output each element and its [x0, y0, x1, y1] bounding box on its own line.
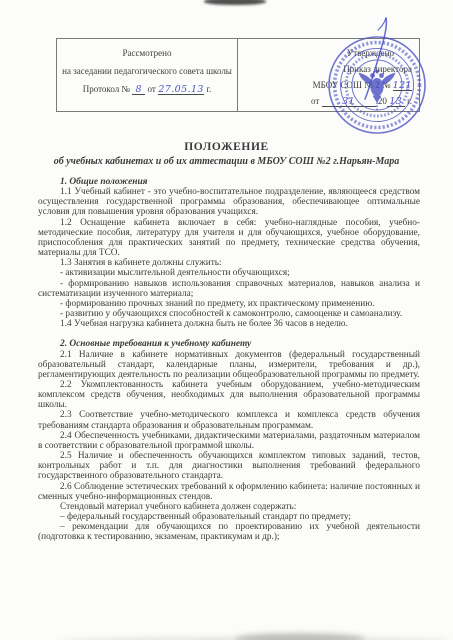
- paragraph: 1.2 Оснащение кабинета включает в себя: …: [38, 218, 420, 259]
- order-date-year-prefix: 20: [378, 96, 387, 106]
- order-line: Приказ директора: [244, 64, 412, 75]
- protocol-number-handwritten: 8: [136, 84, 142, 95]
- order-date-day-blank: 31: [322, 96, 376, 107]
- paragraph: 1.3 Занятия в кабинете должны служить:: [38, 258, 420, 268]
- order-number-blank: 121: [393, 80, 412, 91]
- scan-artifact-bottom: [235, 633, 365, 640]
- paragraph: 1.1 Учебный кабинет - это учебно-воспита…: [38, 187, 420, 217]
- section-general-provisions: 1. Общие положения 1.1 Учебный кабинет -…: [38, 177, 420, 329]
- reviewed-cell: Рассмотрено на заседании педагогического…: [57, 39, 238, 111]
- order-date-year-blank: 13: [387, 96, 405, 107]
- paragraph: 2.3 Соответствие учебно-методического ко…: [38, 410, 420, 430]
- paragraph: 2.4 Обеспеченность учебниками, дидактиче…: [38, 431, 420, 451]
- paragraph: 2.2 Укомплектованность кабинета учебным …: [38, 380, 420, 410]
- paragraph: 2.5 Наличие и обеспеченность обучающихся…: [38, 451, 420, 481]
- paragraph: 2.1 Наличие в кабинете нормативных докум…: [38, 350, 420, 380]
- list-item: - формированию прочных знаний по предмет…: [38, 299, 420, 309]
- order-number-handwritten: 121: [393, 80, 412, 91]
- order-date-day-handwritten: 31: [342, 96, 355, 107]
- protocol-date-handwritten: 27.05.13: [158, 84, 204, 95]
- school-order-line: МБОУ СОШ № 2 № 121: [244, 80, 412, 91]
- school-order-prefix: МБОУ СОШ № 2 №: [313, 80, 391, 90]
- reviewed-meeting-line: на заседании педагогического совета школ…: [57, 66, 237, 77]
- order-date-year-handwritten: 13: [389, 96, 402, 107]
- paragraph: 2.6 Соблюдение эстетических требований к…: [38, 482, 420, 502]
- protocol-number-blank: 8: [132, 84, 145, 95]
- order-date-suffix: г.: [407, 96, 412, 106]
- section-heading: 2. Основные требования к учебному кабине…: [38, 339, 420, 349]
- list-item: - формированию навыков использования спр…: [38, 279, 420, 299]
- scan-artifact-top: [204, 0, 266, 5]
- paragraph: 1.4 Учебная нагрузка кабинета должна быт…: [38, 319, 420, 329]
- list-item: - развитию у обучающихся способностей к …: [38, 309, 420, 319]
- protocol-suffix: г.: [206, 84, 211, 94]
- protocol-prefix: Протокол №: [83, 84, 130, 94]
- list-item: – рекомендации для обучающихся по проект…: [38, 522, 420, 542]
- order-date-line: от 31 2013 г.: [244, 96, 412, 107]
- protocol-mid: от: [148, 84, 156, 94]
- paragraph: Стендовый материал учебного кабинета дол…: [38, 502, 420, 512]
- order-date-prefix: от: [311, 96, 319, 106]
- reviewed-label: Рассмотрено: [57, 48, 237, 59]
- list-item: - активизации мыслительной деятельности …: [38, 268, 420, 278]
- approved-label-line: Утверждено: [244, 48, 412, 59]
- approved-cell: Утверждено Приказ директора МБОУ СОШ № 2…: [238, 39, 419, 111]
- title-block: ПОЛОЖЕНИЕ об учебных кабинетах и об их а…: [0, 141, 453, 167]
- page-subtitle: об учебных кабинетах и об их аттестации …: [0, 156, 453, 167]
- protocol-date-blank: 27.05.13: [158, 84, 204, 95]
- list-item: – федеральный государственный образовате…: [38, 512, 420, 522]
- section-heading: 1. Общие положения: [38, 177, 420, 187]
- approval-table: Рассмотрено на заседании педагогического…: [56, 38, 420, 112]
- section-main-requirements: 2. Основные требования к учебному кабине…: [38, 339, 420, 542]
- approved-label: Утверждено: [347, 48, 394, 59]
- scanned-document-page: Рассмотрено на заседании педагогического…: [0, 0, 453, 640]
- document-body: 1. Общие положения 1.1 Учебный кабинет -…: [38, 177, 420, 542]
- page-title: ПОЛОЖЕНИЕ: [0, 141, 453, 153]
- protocol-line: Протокол № 8 от 27.05.13 г.: [57, 84, 237, 95]
